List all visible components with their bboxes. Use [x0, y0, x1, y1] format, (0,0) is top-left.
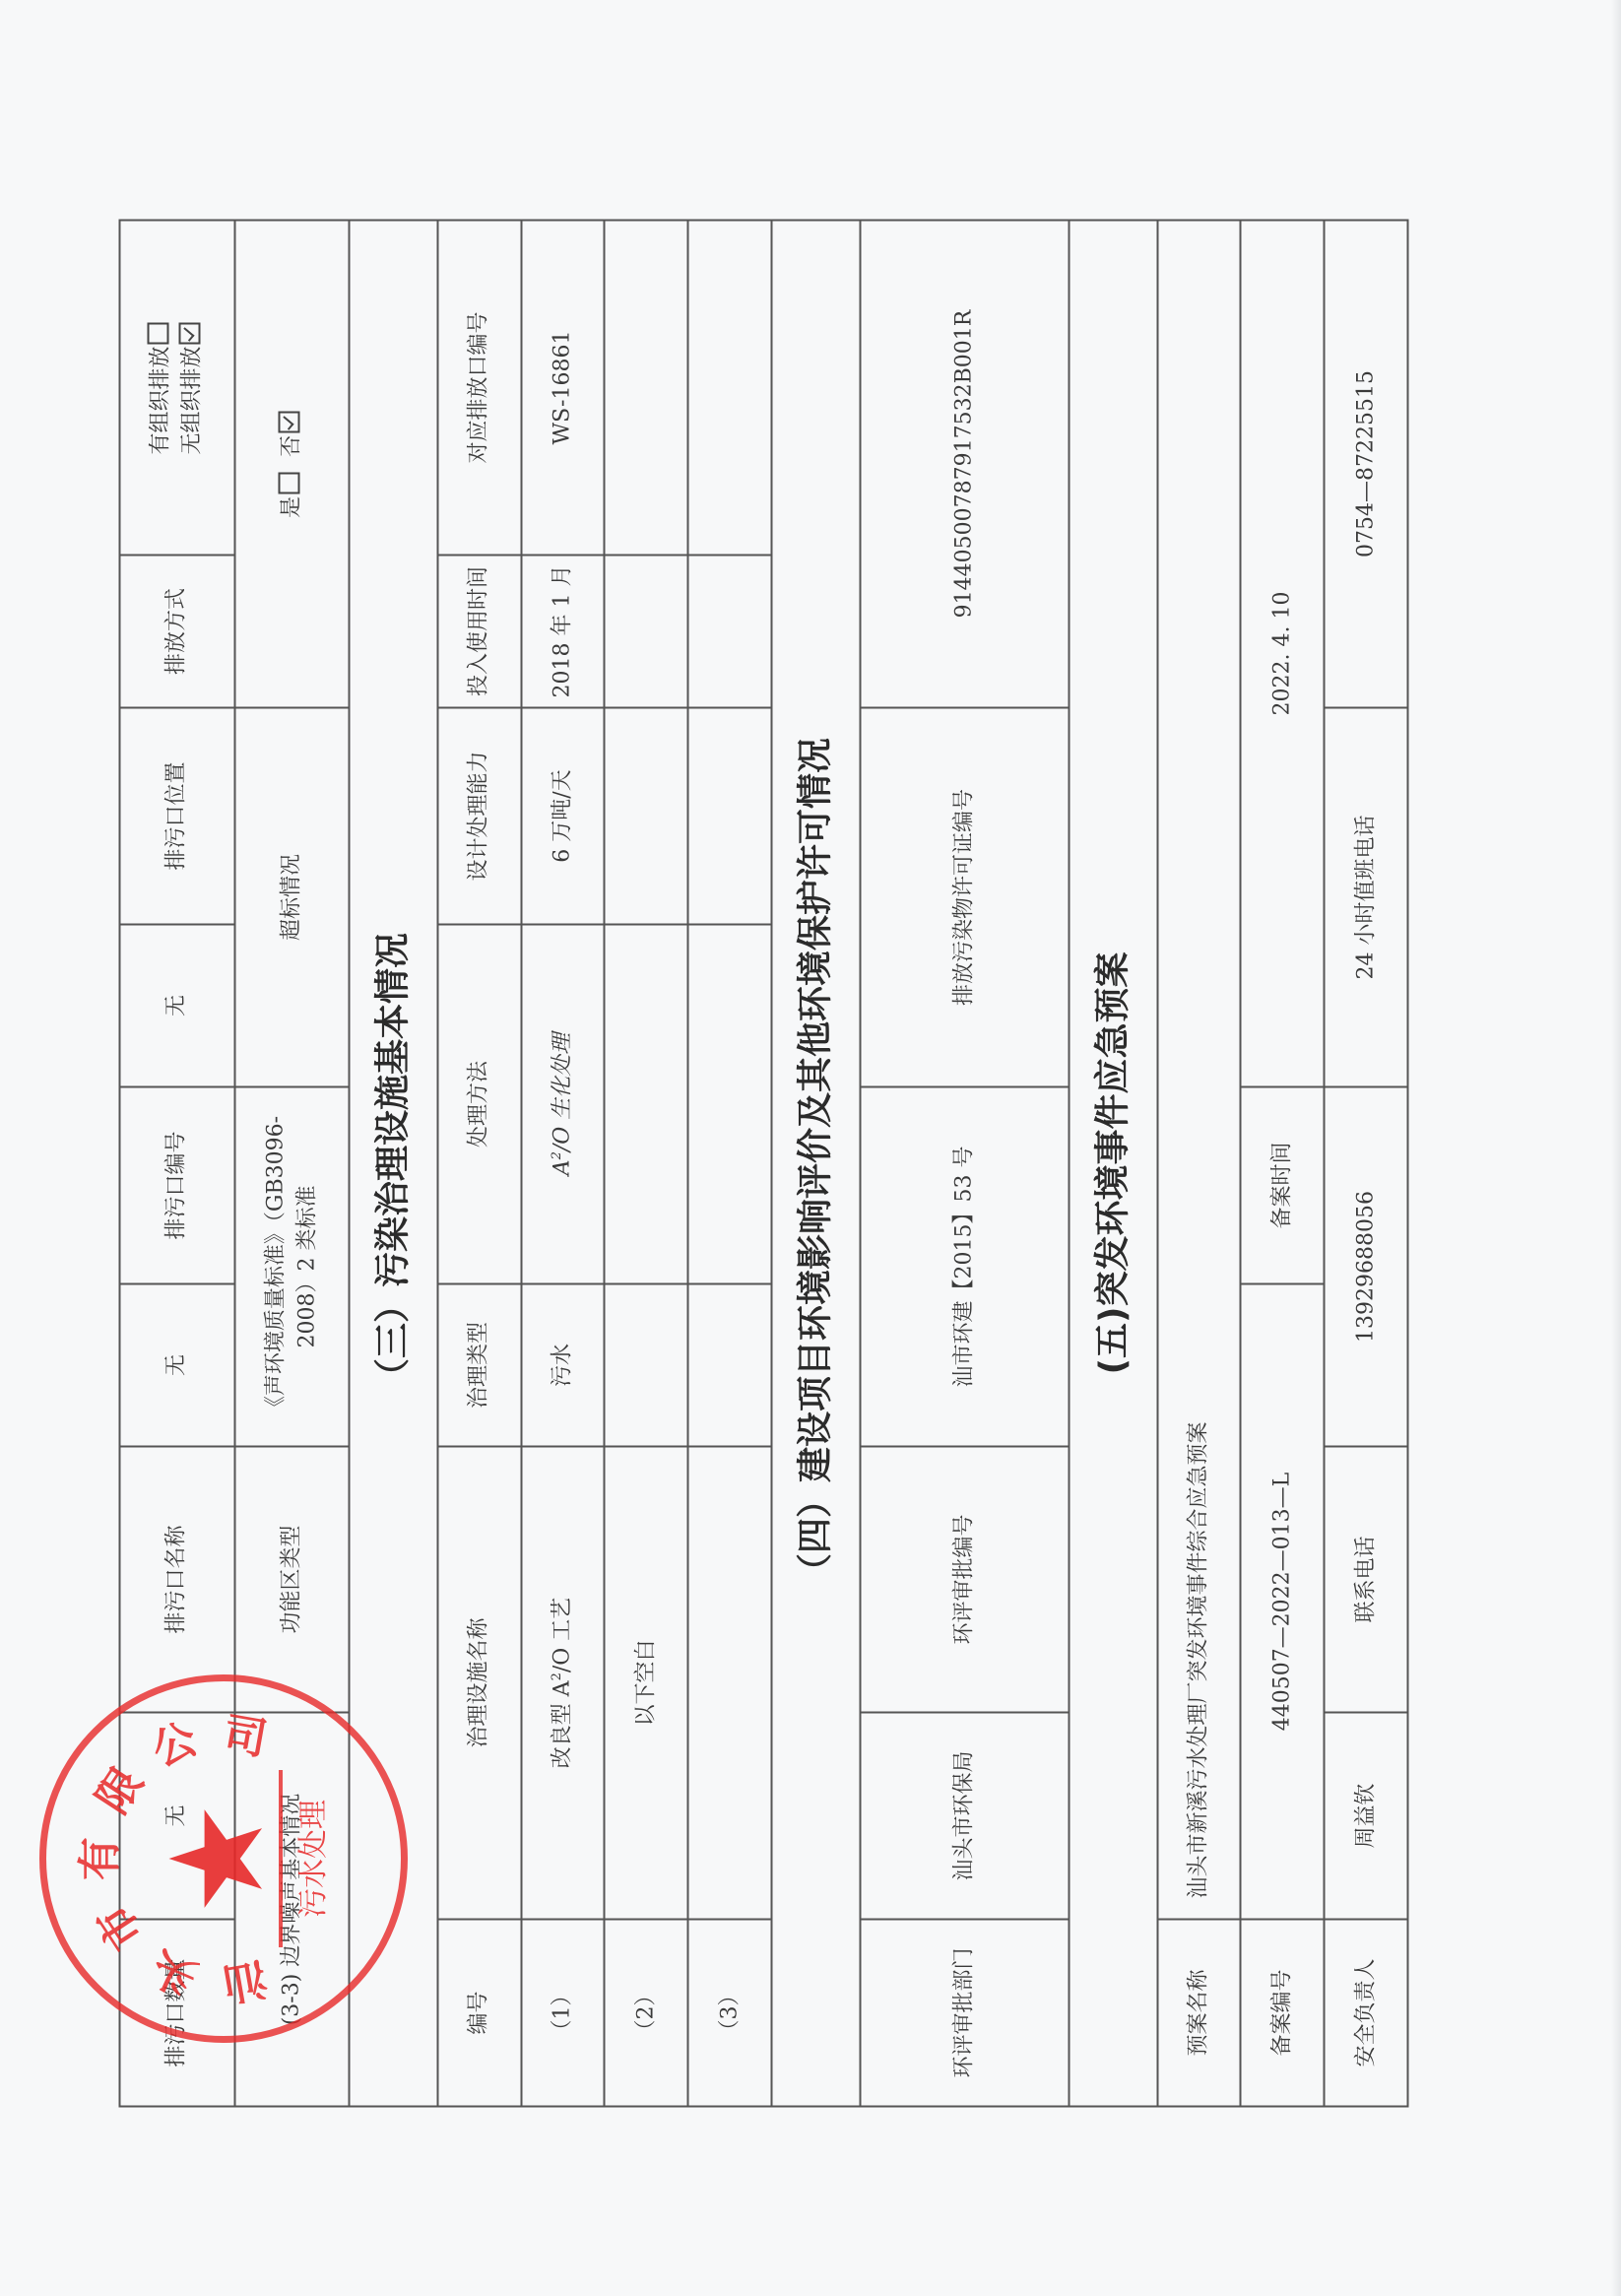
cell [687, 925, 771, 1284]
cell [687, 556, 771, 708]
eia-no-value: 汕市环建【2015】53 号 [860, 1087, 1069, 1447]
cell [604, 221, 687, 556]
cell: A2/O 生化处理 [521, 925, 605, 1284]
noise-outlet-row: 排污口数量 无 排污口名称 无 排污口编号 无 排污口位置 排放方式 有组织排放… [119, 221, 234, 2107]
checkbox-organized[interactable] [147, 323, 168, 345]
noise-section-title: (3-3) 边界噪声基本情况 [234, 1713, 350, 2107]
checkbox-yes[interactable] [278, 473, 299, 494]
col-header: 处理方法 [437, 925, 521, 1284]
section5-title: (五)突发环境事件应急预案 [1069, 221, 1157, 2107]
eia-dept-label: 环评审批部门 [860, 1920, 1069, 2107]
option-no: 否 [279, 435, 303, 457]
zone-type-label: 功能区类型 [234, 1447, 350, 1713]
exceed-label: 超标情况 [234, 708, 350, 1087]
table-row: （1） 改良型 A2/O 工艺 污水 A2/O 生化处理 6 万吨/天 2018… [521, 221, 605, 2107]
col-header: 投入使用时间 [437, 556, 521, 708]
cell: （1） [521, 1920, 605, 2107]
outlet-no-label: 排污口编号 [119, 1087, 234, 1284]
outlet-no-value: 无 [119, 925, 234, 1087]
checkbox-no[interactable] [278, 412, 299, 433]
eia-no-label: 环评审批编号 [860, 1447, 1069, 1713]
discharge-mode-label: 排放方式 [119, 556, 234, 708]
col-header: 编号 [437, 1920, 521, 2107]
cell: 改良型 A2/O 工艺 [521, 1447, 605, 1920]
cell: （2） [604, 1920, 687, 2107]
safety-value: 周益钦 [1324, 1713, 1407, 1920]
rotated-document: 排污口数量 无 排污口名称 无 排污口编号 无 排污口位置 排放方式 有组织排放… [118, 222, 1408, 2108]
outlet-count-label: 排污口数量 [119, 1920, 234, 2107]
eia-dept-value: 汕头市环保局 [860, 1713, 1069, 1920]
table-row: （3） [687, 221, 771, 2107]
permit-value: 91440500787917532B001R [860, 221, 1069, 708]
cell [687, 1447, 771, 1920]
section3-header-row: 编号 治理设施名称 治理类型 处理方法 设计处理能力 投入使用时间 对应排放口编… [437, 221, 521, 2107]
cell [604, 708, 687, 925]
phone-label: 联系电话 [1324, 1447, 1407, 1713]
report-table: 排污口数量 无 排污口名称 无 排污口编号 无 排污口位置 排放方式 有组织排放… [118, 220, 1408, 2108]
table-row: （2） 以下空白 [604, 221, 687, 2107]
hotline-value: 0754—87225515 [1324, 221, 1407, 708]
record-no-label: 备案编号 [1240, 1920, 1324, 2107]
plan-name-row: 预案名称 汕头市新溪污水处理厂突发环境事件综合应急预案 [1157, 221, 1241, 2107]
cell: 6 万吨/天 [521, 708, 605, 925]
section4-row: 环评审批部门 汕头市环保局 环评审批编号 汕市环建【2015】53 号 排放污染… [860, 221, 1069, 2107]
col-header: 对应排放口编号 [437, 221, 521, 556]
plan-name-label: 预案名称 [1157, 1920, 1241, 2107]
cell: 2018 年 1 月 [521, 556, 605, 708]
section3-title: （三）污染治理设施基本情况 [349, 221, 437, 2107]
cell [687, 708, 771, 925]
section4-title: （四）建设项目环境影响评价及其他环境保护许可情况 [771, 221, 860, 2107]
discharge-mode-options: 有组织排放 无组织排放 [119, 221, 234, 556]
cell [604, 925, 687, 1284]
phone-value: 13929688056 [1324, 1087, 1407, 1447]
cell: 污水 [521, 1284, 605, 1447]
col-header: 设计处理能力 [437, 708, 521, 925]
exceed-options: 是 否 [234, 221, 350, 708]
plan-name-value: 汕头市新溪污水处理厂突发环境事件综合应急预案 [1157, 221, 1241, 1920]
col-header: 治理类型 [437, 1284, 521, 1447]
hotline-label: 24 小时值班电话 [1324, 708, 1407, 1087]
permit-label: 排放污染物许可证编号 [860, 708, 1069, 1087]
outlet-name-value: 无 [119, 1284, 234, 1447]
cell: WS-16861 [521, 221, 605, 556]
zone-type-value: 《声环境质量标准》（GB3096-2008）2 类标准 [234, 1087, 350, 1447]
option-organized: 有组织排放 [148, 347, 172, 455]
record-time-label: 备案时间 [1240, 1087, 1324, 1284]
noise-zone-row: (3-3) 边界噪声基本情况 功能区类型 《声环境质量标准》（GB3096-20… [234, 221, 350, 2107]
cell: （3） [687, 1920, 771, 2107]
outlet-name-label: 排污口名称 [119, 1447, 234, 1713]
record-row: 备案编号 440507—2022—013—L 备案时间 2022. 4. 10 [1240, 221, 1324, 2107]
option-unorganized: 无组织排放 [179, 347, 204, 455]
contact-row: 安全负责人 周益钦 联系电话 13929688056 24 小时值班电话 075… [1324, 221, 1407, 2107]
cell: 以下空白 [604, 1447, 687, 1920]
page-edge [1611, 0, 1621, 2296]
cell [687, 221, 771, 556]
safety-label: 安全负责人 [1324, 1920, 1407, 2107]
outlet-count-value: 无 [119, 1713, 234, 1920]
cell [604, 1284, 687, 1447]
record-time-value: 2022. 4. 10 [1240, 221, 1324, 1087]
checkbox-unorganized[interactable] [178, 323, 200, 345]
record-no-value: 440507—2022—013—L [1240, 1284, 1324, 1920]
outlet-pos-label: 排污口位置 [119, 708, 234, 925]
cell [604, 556, 687, 708]
cell [687, 1284, 771, 1447]
option-yes: 是 [279, 496, 303, 518]
col-header: 治理设施名称 [437, 1447, 521, 1920]
